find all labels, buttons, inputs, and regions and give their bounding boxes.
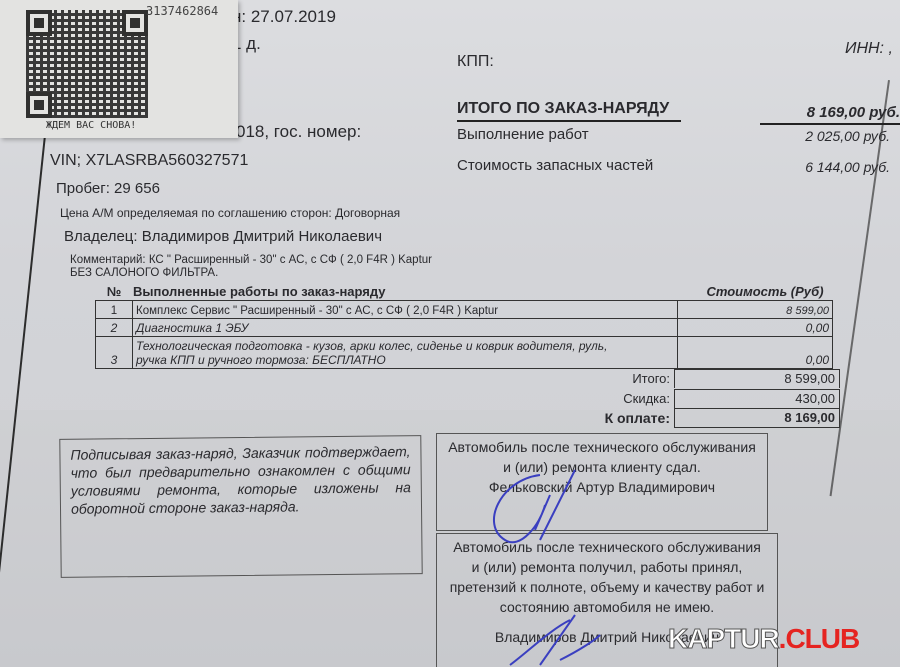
kpp-label: КПП: bbox=[457, 53, 494, 71]
handed-line-2: и (или) ремонта клиенту сдал. bbox=[503, 459, 701, 475]
summary-works-value: 2 025,00 руб. bbox=[780, 128, 890, 144]
totals-discount: Скидка: 430,00 bbox=[560, 388, 840, 408]
summary-works-label: Выполнение работ bbox=[457, 126, 589, 143]
works-rows: 1 Комплекс Сервис " Расширенный - 30" с … bbox=[95, 300, 833, 369]
discount-value: 430,00 bbox=[674, 389, 840, 408]
row-cost: 0,00 bbox=[678, 319, 833, 337]
row-name: Диагностика 1 ЭБУ bbox=[133, 319, 678, 337]
price-note: Цена А/М определяемая по соглашению стор… bbox=[60, 206, 400, 220]
comment-line-1: Комментарий: КС " Расширенный - 30" с АС… bbox=[70, 254, 432, 267]
order-date: н: 27.07.2019 bbox=[232, 7, 336, 27]
due-label: К оплате: bbox=[560, 410, 674, 426]
header-name: Выполненные работы по заказ-наряду bbox=[133, 284, 695, 300]
qr-finder-icon bbox=[26, 10, 52, 36]
totals-due: К оплате: 8 169,00 bbox=[560, 408, 840, 428]
watermark-part-1: KAPTUR bbox=[668, 623, 779, 654]
customer-notice-box: Подписывая заказ-наряд, Заказчик подтвер… bbox=[59, 435, 422, 578]
work-order-document: н: 27.07.2019 1 д. 018, гос. номер: КПП:… bbox=[0, 0, 900, 667]
qr-code-icon bbox=[26, 10, 148, 118]
qr-finder-icon bbox=[26, 92, 52, 118]
vin: VIN; X7LASRBA560327571 bbox=[50, 152, 248, 170]
summary-total: 8 169,00 руб. bbox=[760, 104, 900, 125]
totals-subtotal: Итого: 8 599,00 bbox=[560, 368, 840, 388]
mileage: Пробег: 29 656 bbox=[56, 180, 160, 197]
works-totals: Итого: 8 599,00 Скидка: 430,00 К оплате:… bbox=[560, 368, 840, 428]
watermark-logo: KAPTUR.CLUB bbox=[668, 623, 859, 655]
receipt-number: 3137462864 bbox=[146, 4, 218, 18]
qr-finder-icon bbox=[122, 10, 148, 36]
receipt-slogan: ЖДЕМ ВАС СНОВА! bbox=[46, 120, 136, 131]
inn-label: ИНН: , bbox=[845, 40, 893, 58]
row-name: Комплекс Сервис " Расширенный - 30" с АС… bbox=[133, 301, 678, 319]
comment-line-2: БЕЗ САЛОНОГО ФИЛЬТРА. bbox=[70, 267, 432, 280]
handed-over-box: Автомобиль после технического обслуживан… bbox=[436, 433, 768, 531]
handed-name: Фельковский Артур Владимирович bbox=[489, 479, 715, 495]
summary-parts-value: 6 144,00 руб. bbox=[780, 159, 890, 175]
subtotal-value: 8 599,00 bbox=[674, 369, 840, 388]
received-line-4: состоянию автомобиля не имею. bbox=[500, 599, 714, 615]
plate-number-label: 018, гос. номер: bbox=[236, 122, 361, 142]
summary-title: ИТОГО ПО ЗАКАЗ-НАРЯДУ bbox=[457, 100, 681, 122]
row-cost: 8 599,00 bbox=[678, 301, 833, 319]
row-num: 1 bbox=[96, 301, 133, 319]
owner: Владелец: Владимиров Дмитрий Николаевич bbox=[64, 228, 382, 245]
table-row: 1 Комплекс Сервис " Расширенный - 30" с … bbox=[96, 301, 833, 319]
row-num: 3 bbox=[96, 337, 133, 369]
header-num: № bbox=[95, 284, 133, 300]
handed-text: Автомобиль после технического обслуживан… bbox=[443, 437, 761, 497]
row-name-line-2: ручка КПП и ручного тормоза: БЕСПЛАТНО bbox=[136, 353, 674, 367]
discount-label: Скидка: bbox=[560, 391, 674, 406]
comment: Комментарий: КС " Расширенный - 30" с АС… bbox=[70, 254, 432, 280]
due-value: 8 169,00 bbox=[674, 408, 840, 428]
row-name-line-1: Технологическая подготовка - кузов, арки… bbox=[136, 339, 674, 353]
header-cost: Стоимость (Руб) bbox=[695, 284, 835, 300]
row-num: 2 bbox=[96, 319, 133, 337]
received-text: Автомобиль после технического обслуживан… bbox=[443, 537, 771, 617]
customer-notice-text: Подписывая заказ-наряд, Заказчик подтвер… bbox=[70, 442, 411, 518]
receipt-slip: 3137462864 ЖДЕМ ВАС СНОВА! bbox=[0, 0, 238, 138]
received-line-3: претензий к полноте, объему и качеству р… bbox=[450, 579, 765, 595]
watermark-part-2: .CLUB bbox=[779, 623, 860, 654]
table-row: 2 Диагностика 1 ЭБУ 0,00 bbox=[96, 319, 833, 337]
works-table-header: № Выполненные работы по заказ-наряду Сто… bbox=[95, 284, 835, 300]
subtotal-label: Итого: bbox=[560, 371, 674, 386]
summary-parts-label: Стоимость запасных частей bbox=[457, 157, 653, 174]
table-row: 3 Технологическая подготовка - кузов, ар… bbox=[96, 337, 833, 369]
works-table: № Выполненные работы по заказ-наряду Сто… bbox=[95, 284, 835, 369]
row-name: Технологическая подготовка - кузов, арки… bbox=[133, 337, 678, 369]
received-line-1: Автомобиль после технического обслуживан… bbox=[453, 539, 761, 555]
received-line-2: и (или) ремонта получил, работы принял, bbox=[472, 559, 743, 575]
row-cost: 0,00 bbox=[678, 337, 833, 369]
handed-line-1: Автомобиль после технического обслуживан… bbox=[448, 439, 756, 455]
